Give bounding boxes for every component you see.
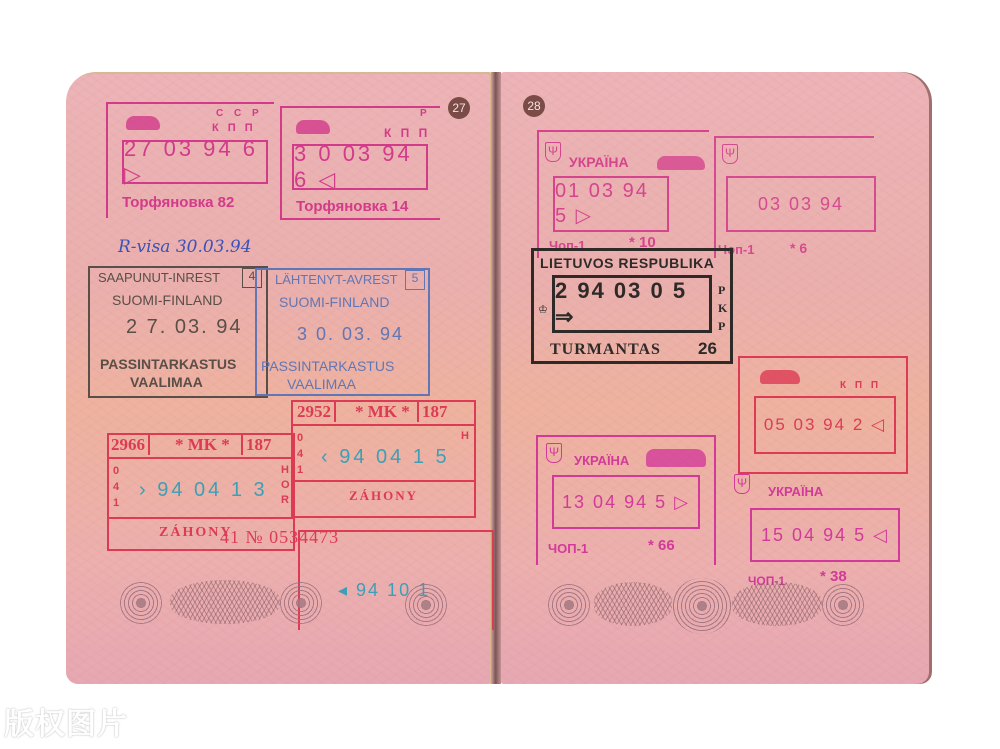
stamp-date: 2 7. 03. 94 xyxy=(126,316,243,339)
stamp-date: 01 03 94 5 ▷ xyxy=(553,176,669,232)
stamp-russia-exit: К П П 05 03 94 2 ◁ xyxy=(738,356,908,474)
stamp-date: 05 03 94 2 ◁ xyxy=(754,396,896,454)
trident-icon: Ψ xyxy=(545,142,561,162)
stamp-header: SAAPUNUT-INREST xyxy=(98,270,220,285)
stamp-header: С С Р xyxy=(216,108,263,119)
stamp-country: SUOMI-FINLAND xyxy=(279,294,389,310)
stamp-hungary-partial: ◂ 94 10 1 xyxy=(298,530,494,630)
guilloche-rosette xyxy=(672,578,732,634)
bus-icon xyxy=(646,449,706,467)
stamp-mk: * MK * xyxy=(355,402,410,422)
stamp-date: 3 0 03 94 6 ◁ xyxy=(292,144,428,190)
stamp-number: * 66 xyxy=(648,537,675,554)
stamp-line1: PASSINTARKASTUS xyxy=(261,358,394,374)
stamp-place: TURMANTAS xyxy=(550,341,661,359)
stamp-side-left: 0 4 1 xyxy=(113,463,121,511)
stamp-date: 13 04 94 5 ▷ xyxy=(552,475,700,529)
stamp-torfyanovka-entry: С С Р К П П 27 03 94 6 ▷ Торфяновка 82 xyxy=(106,102,274,218)
stamp-id: 2966 xyxy=(111,435,150,455)
stamp-date: ‹ 94 04 1 5 xyxy=(321,446,450,469)
stamp-date: 03 03 94 xyxy=(726,176,876,232)
stamp-id: 2952 xyxy=(297,402,336,422)
stamp-side-right: H xyxy=(461,430,469,442)
stamp-country: УКРАЇНА xyxy=(768,484,823,499)
stamp-lithuania: LIETUVOS RESPUBLIKA ♔ 2 94 03 0 5 ⇒ P K … xyxy=(531,248,733,364)
stamp-mk: * MK * xyxy=(175,435,230,455)
stamp-number: 187 xyxy=(417,402,448,422)
stamp-date: 3 0. 03. 94 xyxy=(297,324,404,345)
guilloche-band xyxy=(170,580,280,624)
stamp-code: К П П xyxy=(212,122,256,134)
car-icon xyxy=(760,370,800,384)
stamp-ukraine-entry-2: Ψ УКРАЇНА 13 04 94 5 ▷ ЧОП-1 * 66 xyxy=(536,435,716,565)
stamp-torfyanovka-exit: Р К П П 3 0 03 94 6 ◁ Торфяновка 14 xyxy=(280,106,440,220)
stamp-side-right: H O R xyxy=(281,463,289,508)
stamp-ukraine-exit-1: Ψ 03 03 94 Чоп-1 * 6 xyxy=(714,136,874,258)
stamp-place: ZÁHONY xyxy=(349,488,418,504)
watermark: 版权图片 xyxy=(4,699,128,743)
stamp-header: LÄHTENYT-AVREST xyxy=(275,272,398,287)
stamp-line2: VAALIMAA xyxy=(287,376,356,392)
crown-icon: ♔ xyxy=(538,303,548,316)
guilloche-band xyxy=(594,582,672,626)
stamp-ukraine-exit-2: Ψ УКРАЇНА 15 04 94 5 ◁ ЧОП-1 * 38 xyxy=(734,472,900,592)
stamp-date: › 94 04 1 3 xyxy=(139,479,268,502)
stamp-finland-entry: SAAPUNUT-INREST 4 SUOMI-FINLAND 2 7. 03.… xyxy=(88,266,268,398)
trident-icon: Ψ xyxy=(546,443,562,463)
stamp-date: 27 03 94 6 ▷ xyxy=(122,140,268,184)
stamp-hungary-exit: 2952 * MK * 187 0 4 1 H ‹ 94 04 1 5 ZÁHO… xyxy=(291,400,476,518)
stamp-finland-exit: LÄHTENYT-AVREST 5 SUOMI-FINLAND 3 0. 03.… xyxy=(255,268,430,396)
stamp-number: 5 xyxy=(405,270,425,290)
stamp-date: 15 04 94 5 ◁ xyxy=(750,508,900,562)
guilloche-rosette xyxy=(548,584,590,626)
stamp-line2: VAALIMAA xyxy=(130,374,203,390)
guilloche-rosette xyxy=(120,582,162,624)
stamp-date: 2 94 03 0 5 ⇒ xyxy=(552,275,712,333)
trident-icon: Ψ xyxy=(734,474,750,494)
car-icon xyxy=(126,116,160,130)
stamp-number: * 6 xyxy=(790,240,807,256)
page-number-28: 28 xyxy=(523,95,545,117)
guilloche-rosette xyxy=(280,582,322,624)
guilloche-rosette xyxy=(822,584,864,626)
stamp-number: 26 xyxy=(698,339,717,359)
stamp-side-left: 0 4 1 xyxy=(297,430,305,478)
stamp-number: * 38 xyxy=(820,568,847,585)
guilloche-band xyxy=(732,582,822,626)
stamp-ukraine-entry-1: Ψ УКРАЇНА 01 03 94 5 ▷ Чоп-1 * 10 xyxy=(537,130,709,258)
stamp-place: Торфяновка 82 xyxy=(122,194,234,211)
trident-icon: Ψ xyxy=(722,144,738,164)
stamp-side: P K P xyxy=(718,281,728,335)
stamp-number: 187 xyxy=(241,435,272,455)
stamp-header: LIETUVOS RESPUBLIKA xyxy=(540,255,714,271)
stamp-country: УКРАЇНА xyxy=(569,154,629,170)
stamp-place: ЧОП-1 xyxy=(548,541,588,556)
car-icon xyxy=(657,156,705,170)
stamp-country: SUOMI-FINLAND xyxy=(112,292,222,308)
stamp-code: К П П xyxy=(840,380,881,391)
car-icon xyxy=(296,120,330,134)
stamp-header: Р xyxy=(420,108,427,119)
stamp-line1: PASSINTARKASTUS xyxy=(100,356,236,372)
guilloche-rosette xyxy=(405,584,447,626)
stamp-country: УКРАЇНА xyxy=(574,453,629,468)
stamp-code: К П П xyxy=(384,126,430,140)
handwritten-visa-note: R-visa 30.03.94 xyxy=(118,237,252,257)
page-number-27: 27 xyxy=(448,97,470,119)
stamp-place: Торфяновка 14 xyxy=(296,198,408,215)
